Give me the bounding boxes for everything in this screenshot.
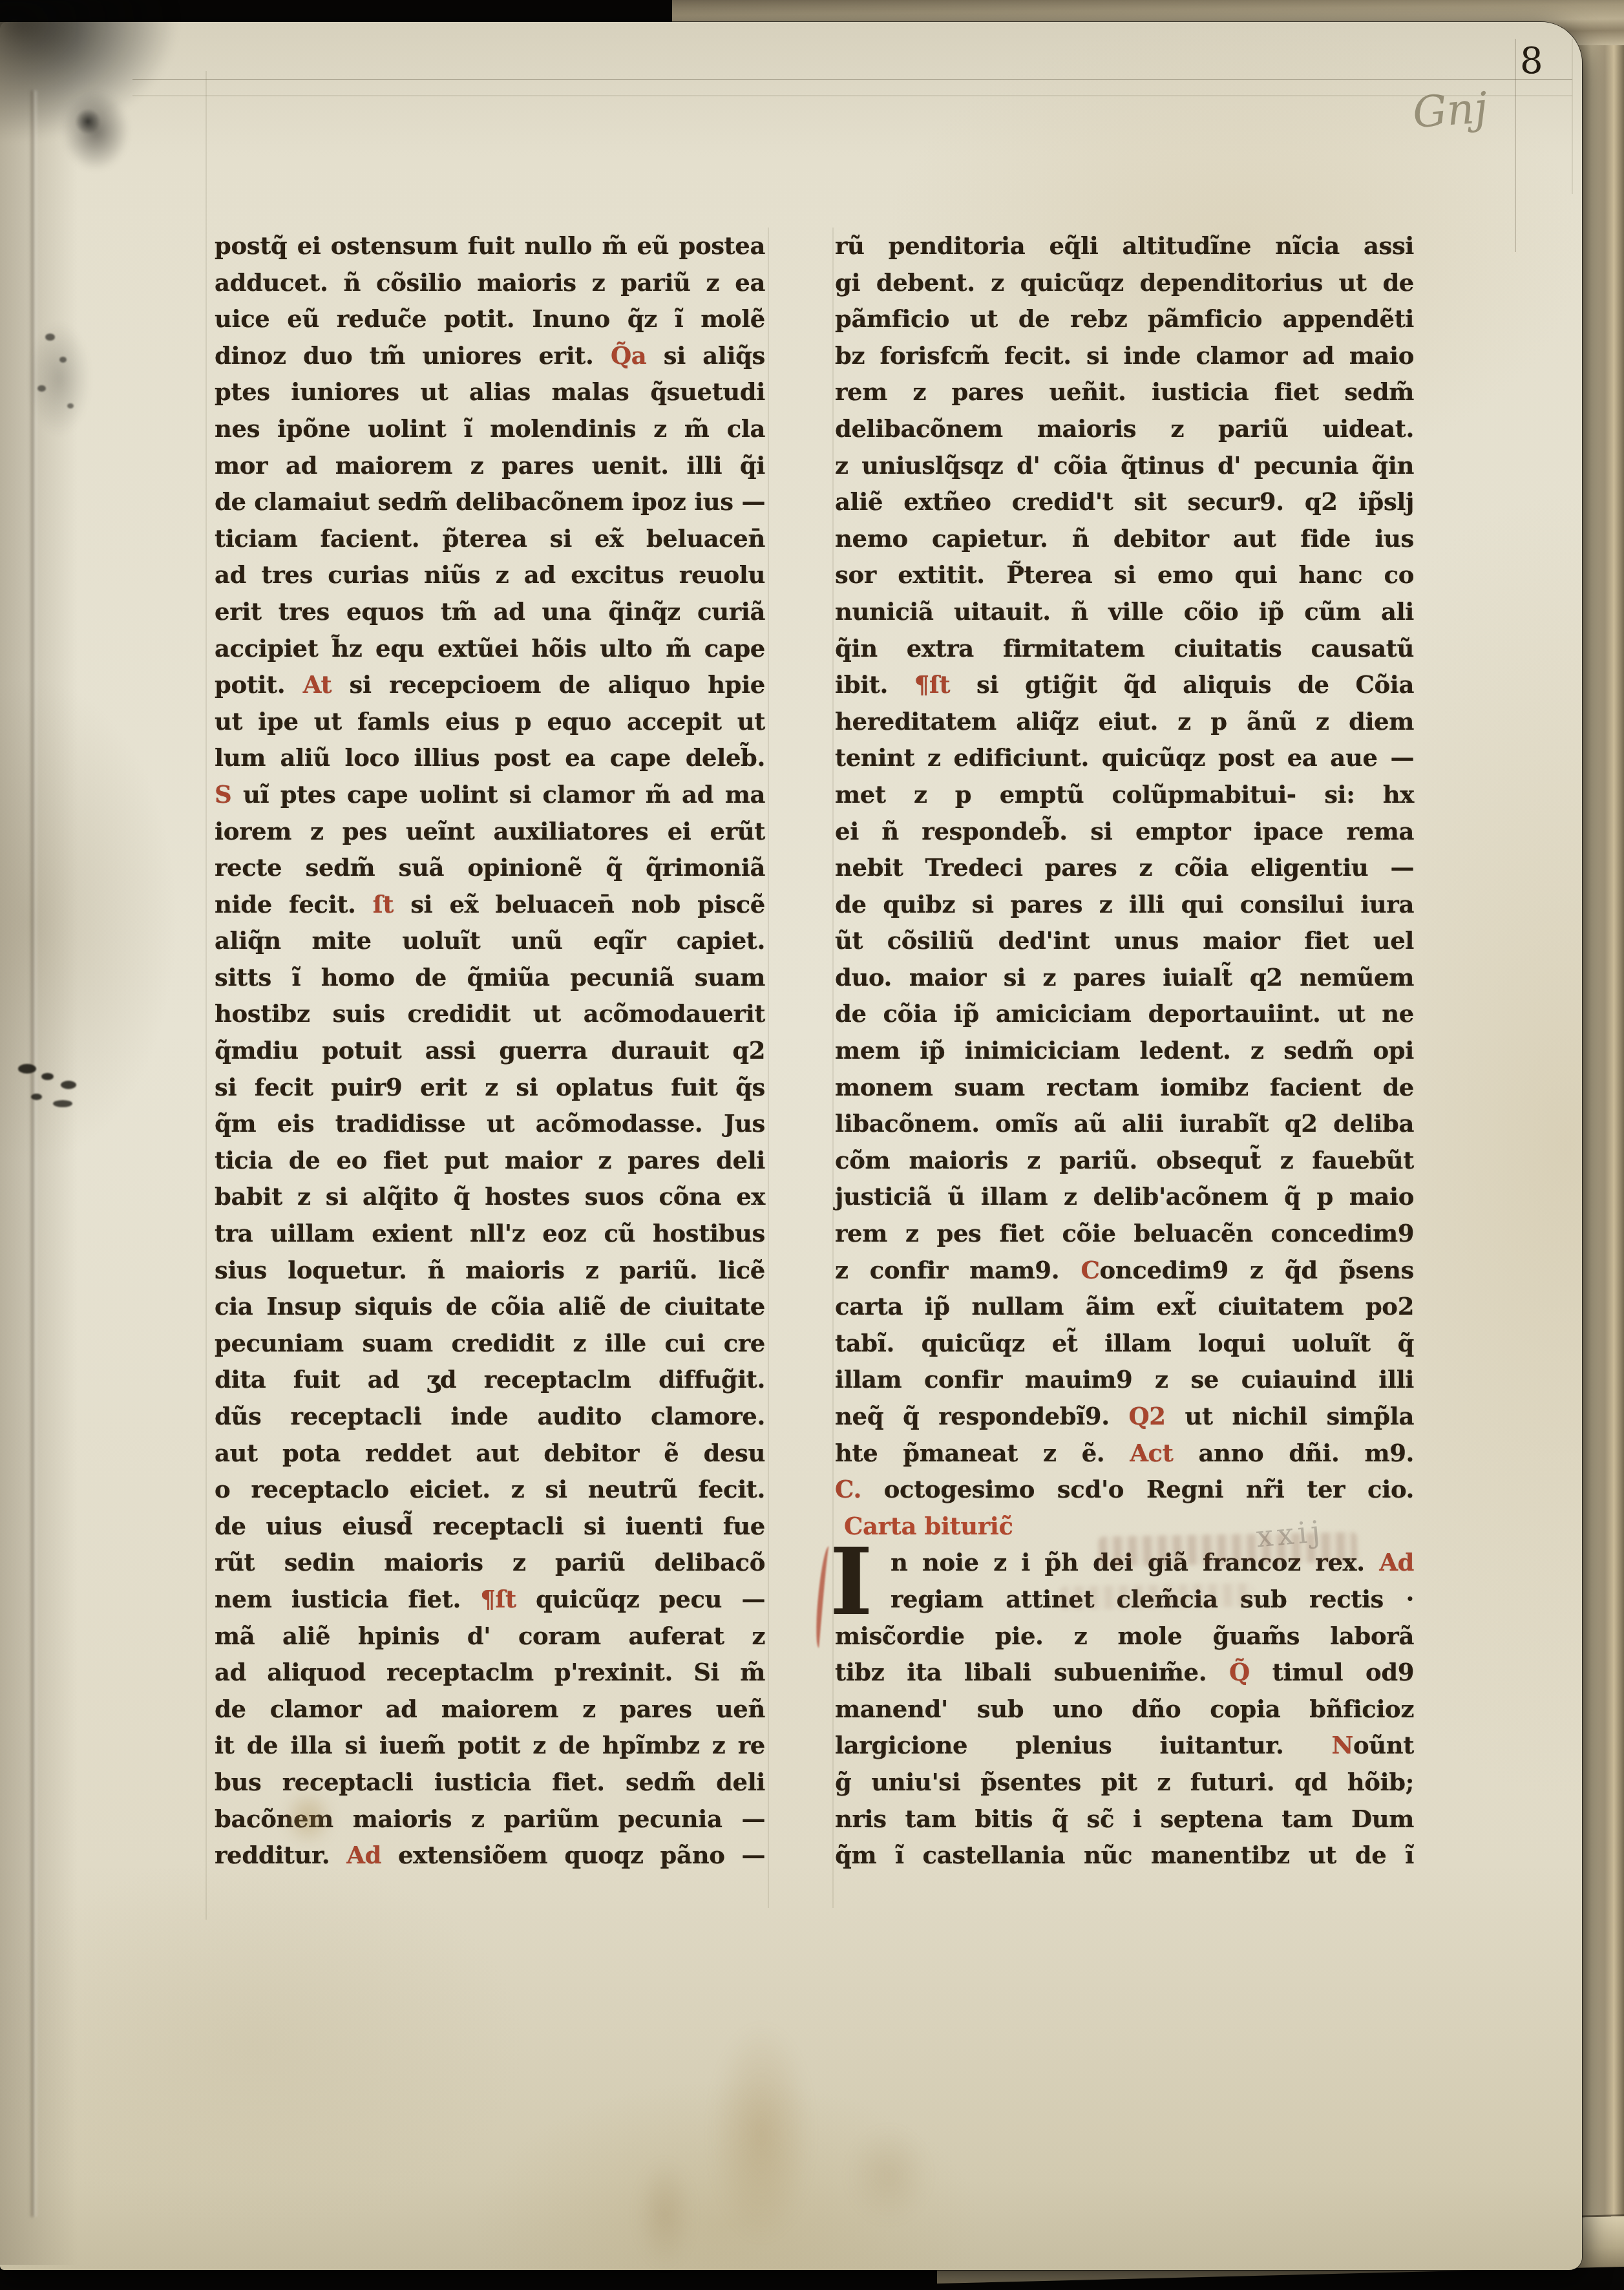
manuscript-text-line: rũt sedin maioris z pariũ delibacõ	[215, 1544, 765, 1581]
manuscript-text-line: met z p emptũ colũpmabitui- si: hx	[835, 776, 1414, 813]
manuscript-text-line: q̃m ĩ castellania nũc manentibz ut de ĩ	[835, 1837, 1414, 1874]
manuscript-text-line: dita fuit ad ʒd receptaclm diffug̃it.	[215, 1361, 765, 1398]
manuscript-text-line: nem iusticia fiet. ¶ſt quicũqz pecu —	[215, 1581, 765, 1618]
manuscript-text-line: mor ad maiorem z pares uenit. illi q̃i	[215, 447, 765, 484]
manuscript-text-line: duo. maior si z pares iuialt̃ q2 nemũem	[835, 959, 1414, 996]
manuscript-text-line: ticia de eo fiet put maior z pares deli	[215, 1142, 765, 1179]
ink-speck	[31, 1094, 42, 1100]
manuscript-text-line: sius loquetur. ñ maioris z pariũ. licẽ	[215, 1252, 765, 1289]
red-touched-letter: ¶ſt	[914, 670, 950, 699]
manuscript-text-line: monem suam rectam iomibz facient de	[835, 1069, 1414, 1106]
manuscript-text-line: hereditatem aliq̃z eiut. z p ãnũ z diem	[835, 703, 1414, 740]
red-touched-letter: At	[303, 670, 332, 699]
manuscript-text-line: nes ipõne uolint ĩ molendinis z m̃ cla	[215, 410, 765, 447]
ruling-line	[206, 71, 207, 1920]
ruling-line	[832, 228, 834, 1908]
manuscript-text-line: it de illa si iuem̃ potit z de hpĩmbz z …	[215, 1727, 765, 1764]
manuscript-text-line: aliẽ extñeo credid't sit secur9. q2 ip̃s…	[835, 483, 1414, 520]
stain	[283, 1789, 333, 1846]
manuscript-text-line: lum aliũ loco illius post ea cape deleb̃…	[215, 739, 765, 776]
stain	[710, 2023, 813, 2243]
manuscript-text-line: dũs receptacli inde audito clamore.	[215, 1398, 765, 1435]
manuscript-text-line: nemo capietur. ñ debitor aut fide ius	[835, 520, 1414, 557]
manuscript-text-line: justiciã ũ illam z delib'acõnem q̃ p mai…	[835, 1178, 1414, 1215]
manuscript-text-line: de uius eiusd̃ receptacli si iuenti fue	[215, 1508, 765, 1545]
red-touched-letter: Ad	[1379, 1548, 1414, 1576]
red-touched-letter: ¶ſt	[480, 1585, 516, 1613]
quire-mark: Gnj	[1411, 83, 1489, 138]
ink-speck	[37, 385, 46, 392]
manuscript-text-line: ad tres curias niũs z ad excitus reuolu	[215, 557, 765, 593]
ink-smudge	[28, 322, 90, 436]
text-column-left: postq̃ ei ostensum fuit nullo m̃ eũ post…	[215, 228, 765, 1874]
manuscript-text-line: aliq̃n mite uoluĩt unũ eqĩr capiet.	[215, 922, 765, 959]
manuscript-text-line: nebit Tredeci pares z cõia eligentiu —	[835, 849, 1414, 886]
manuscript-text-line: bz forisfcm̃ fecit. si inde clamor ad ma…	[835, 337, 1414, 374]
manuscript-text-line: hte p̃maneat z ẽ. Act anno dñi. m9.	[835, 1435, 1414, 1472]
ruling-line	[1572, 39, 1573, 194]
drop-cap-initial: I	[830, 1537, 872, 1627]
manuscript-text-line: delibacõnem maioris z pariũ uideat.	[835, 410, 1414, 447]
manuscript-text-line: gi debent. z quicũqz dependitorius ut de	[835, 264, 1414, 301]
ink-speck	[75, 109, 101, 134]
manuscript-text-line: ut ipe ut famls eius p equo accepit ut	[215, 703, 765, 740]
red-touched-letter: C.	[835, 1475, 861, 1503]
manuscript-text-line: adducet. ñ cõsilio maioris z pariũ z ea	[215, 264, 765, 301]
manuscript-text-line: accipiet h̃z equ extũei hõis ulto m̃ cap…	[215, 630, 765, 667]
manuscript-text-line: C. octogesimo scd'o Regni nr̃i ter cio.	[835, 1471, 1414, 1508]
manuscript-text-line: babit z si alq̃ito q̃ hostes suos cõna e…	[215, 1178, 765, 1215]
offset-text-ghost	[1099, 1532, 1358, 1567]
manuscript-text-line: uice eũ reduc̃e potit. Inuno q̃z ĩ molẽ	[215, 301, 765, 337]
manuscript-text-line: S uĩ ptes cape uolint si clamor m̃ ad ma	[215, 776, 765, 813]
red-touched-letter: Q̃	[1229, 1658, 1250, 1686]
manuscript-text-line: ticiam facient. p̃terea si ex̃ beluacen̄	[215, 520, 765, 557]
manuscript-photo: 8 Gnj xxij postq̃ ei ostensum fuit nullo…	[0, 0, 1624, 2290]
manuscript-text-line: g̃ uniu'si p̃sentes pit z futuri. qd hõi…	[835, 1764, 1414, 1801]
manuscript-text-line: manend' sub uno dño copia bñficioz	[835, 1691, 1414, 1728]
ruling-line	[768, 228, 769, 1908]
manuscript-text-line: sor extitit. P̃terea si emo qui hanc co	[835, 557, 1414, 593]
red-touched-letter: Act	[1130, 1439, 1173, 1467]
manuscript-text-line: ptes iuniores ut alias malas q̃suetudi	[215, 374, 765, 410]
ink-speck	[53, 1100, 72, 1107]
red-touched-letter: Ad	[346, 1841, 381, 1869]
manuscript-text-line: ũt cõsiliũ ded'int unus maior fiet uel	[835, 922, 1414, 959]
manuscript-text-line: pecuniam suam credidit z ille cui cre	[215, 1325, 765, 1362]
manuscript-text-line: nuniciã uitauit. ñ ville cõio ip̃ cũm al…	[835, 593, 1414, 630]
manuscript-text-line: cia Insup siquis de cõia aliẽ de ciuitat…	[215, 1288, 765, 1325]
manuscript-text-line: q̃in extra firmitatem ciuitatis causatũ	[835, 630, 1414, 667]
ruling-line	[132, 95, 1572, 96]
red-touched-letter: C	[1081, 1256, 1099, 1284]
manuscript-text-line: carta ip̃ nullam ãim ext̃ ciuitatem po2	[835, 1288, 1414, 1325]
manuscript-text-line: ibit. ¶ſt si gtig̃it q̃d aliquis de Cõia	[835, 666, 1414, 703]
manuscript-text-line: iorem z pes ueĩnt auxiliatores ei erũt	[215, 813, 765, 850]
manuscript-text-line: misc̃ordie pie. z mole g̃uam̃s laborã	[835, 1618, 1414, 1655]
manuscript-text-line: de clamor ad maiorem z pares ueñ	[215, 1691, 765, 1728]
manuscript-text-line: o receptaclo eiciet. z si neutrũ fecit.	[215, 1471, 765, 1508]
manuscript-text-line: mã aliẽ hpinis d' coram auferat z	[215, 1618, 765, 1655]
ink-speck	[61, 1081, 76, 1089]
manuscript-text-line: de quibz si pares z illi qui consilui iu…	[835, 886, 1414, 923]
manuscript-text-line: q̃mdiu potuit assi guerra durauit q2	[215, 1032, 765, 1069]
manuscript-text-line: q̃m eis tradidisse ut acõmodasse. Jus	[215, 1105, 765, 1142]
ink-speck	[67, 403, 74, 408]
manuscript-text-line: tibz ita libali subuenim̃e. Q̃ timul od9	[835, 1654, 1414, 1691]
manuscript-text-line: largicione plenius iuitantur. Noũnt	[835, 1727, 1414, 1764]
manuscript-text-line: tabĩ. quicũqz et̃ illam loqui uoluĩt q̃	[835, 1325, 1414, 1362]
manuscript-text-line: libacõnem. omĩs aũ alii iurabĩt q2 delib…	[835, 1105, 1414, 1142]
ink-speck	[45, 334, 55, 341]
manuscript-text-line: ad aliquod receptaclm p'rexinit. Si m̃	[215, 1654, 765, 1691]
stain	[636, 2159, 694, 2269]
ruling-line	[1515, 39, 1516, 252]
stain	[847, 2126, 931, 2223]
manuscript-text-line: pãmficio ut de rebz pãmficio appendẽti	[835, 301, 1414, 337]
manuscript-text-line: aut pota reddet aut debitor ẽ desu	[215, 1435, 765, 1472]
ink-speck	[18, 1064, 36, 1074]
manuscript-text-line: postq̃ ei ostensum fuit nullo m̃ eũ post…	[215, 228, 765, 264]
manuscript-text-line: nide fecit. ſt si ex̃ beluacen̄ nob pisc…	[215, 886, 765, 923]
ink-speck	[59, 357, 67, 363]
manuscript-text-line: mem ip̃ inimiciciam ledent. z sedm̃ opi	[835, 1032, 1414, 1069]
red-touched-letter: S	[215, 780, 231, 809]
red-touched-letter: N	[1332, 1731, 1353, 1759]
manuscript-text-line: z uniuslq̃sqz d' cõia q̃tinus d' pecunia…	[835, 447, 1414, 484]
text-column-right: rũ penditoria eq̃li altitudĩne nĩcia ass…	[835, 228, 1414, 1874]
red-touched-letter: ſt	[373, 890, 394, 918]
manuscript-text-line: z confir mam9. Concedim9 z q̃d p̃sens	[835, 1252, 1414, 1289]
manuscript-text-line: rem z pares ueñit. iusticia fiet sedm̃	[835, 374, 1414, 410]
manuscript-text-line: hostibz suis credidit ut acõmodauerit	[215, 995, 765, 1032]
manuscript-text-line: ei ñ respondeb̃. si emptor ipace rema	[835, 813, 1414, 850]
manuscript-text-line: rũ penditoria eq̃li altitudĩne nĩcia ass…	[835, 228, 1414, 264]
manuscript-text-line: si fecit puir9 erit z si oplatus fuit q̃…	[215, 1069, 765, 1106]
manuscript-text-line: cõm maioris z pariũ. obsequt̃ z fauebũt	[835, 1142, 1414, 1179]
manuscript-text-line: tenint z edificiunt. quicũqz post ea aue…	[835, 739, 1414, 776]
manuscript-text-line: recte sedm̃ suã opinionẽ q̃ q̃rimoniã	[215, 849, 765, 886]
manuscript-text-line: tra uillam exient nll'z eoz cũ hostibus	[215, 1215, 765, 1252]
manuscript-text-line: de clamaiut sedm̃ delibacõnem ipoz ius —	[215, 483, 765, 520]
ink-speck	[41, 1073, 54, 1080]
manuscript-text-line: nris tam bitis q̃ sc̃ i septena tam Dum	[835, 1801, 1414, 1838]
red-touched-letter: Q2	[1129, 1402, 1166, 1430]
manuscript-text-line: rem z pes fiet cõie beluacẽn concedim9	[835, 1215, 1414, 1252]
manuscript-text-line: erit tres equos tm̃ ad una q̃inq̃z curiã	[215, 593, 765, 630]
manuscript-text-line: potit. At si recepcioem de aliquo hpie	[215, 666, 765, 703]
manuscript-text-line: dinoz duo tm̃ uniores erit. Q̃a si aliq̃…	[215, 337, 765, 374]
offset-text-ghost	[1060, 1583, 1254, 1609]
folio-number: 8	[1520, 40, 1543, 82]
manuscript-text-line: sitts ĩ homo de q̃miũa pecuniã suam	[215, 959, 765, 996]
manuscript-text-line: de cõia ip̃ amiciciam deportauiint. ut n…	[835, 995, 1414, 1032]
ruling-line	[132, 79, 1572, 80]
manuscript-text-line: illam confir mauim9 z se cuiauind illi	[835, 1361, 1414, 1398]
manuscript-text-line: neq̃ q̃ respondebĩ9. Q2 ut nichil simp̃l…	[835, 1398, 1414, 1435]
red-touched-letter: Q̃a	[611, 341, 646, 370]
